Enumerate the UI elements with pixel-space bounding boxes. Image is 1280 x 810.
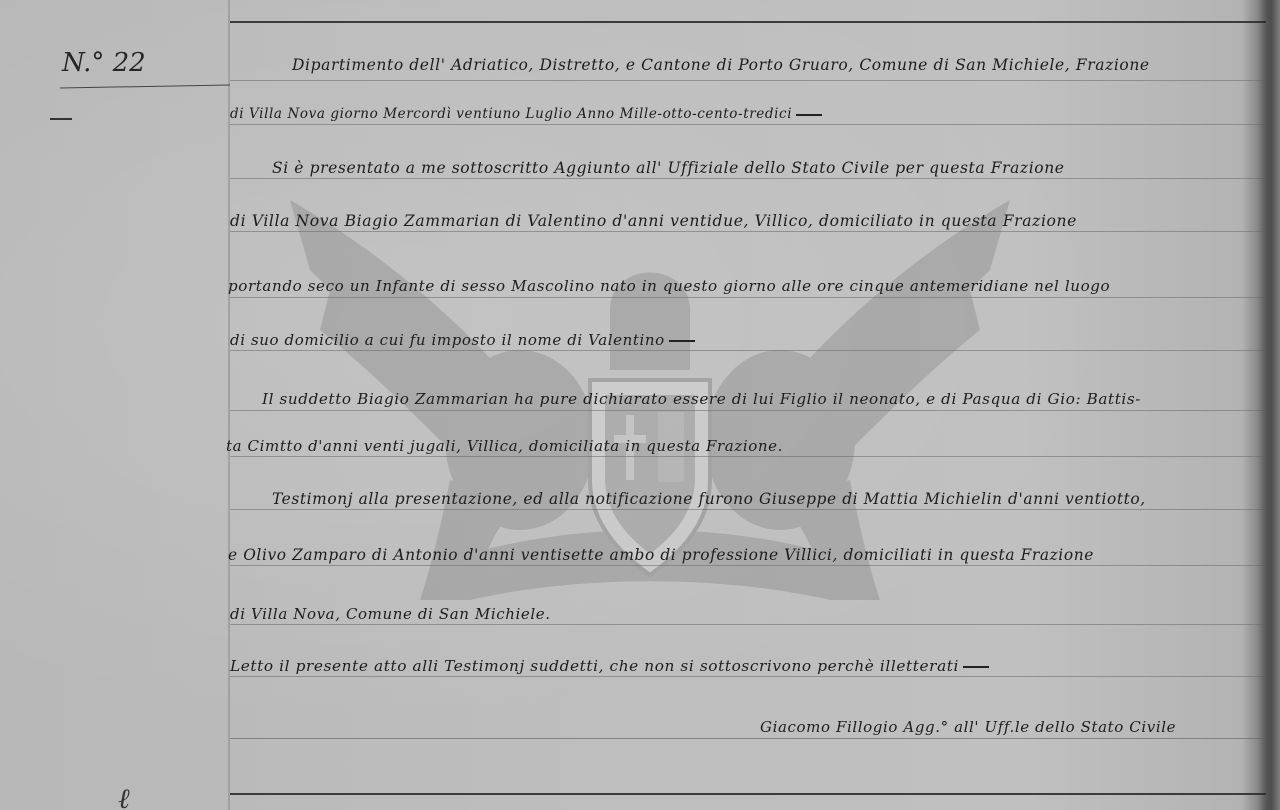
ruled-line [230, 297, 1266, 298]
record-line-8: ta Cimtto d'anni venti jugali, Villica, … [226, 437, 783, 455]
record-line-6: di suo domicilio a cui fu imposto il nom… [230, 331, 695, 349]
ruled-line [230, 456, 1266, 457]
record-line-1: Dipartimento dell' Adriatico, Distretto,… [292, 56, 1150, 74]
ruled-line [230, 350, 1266, 351]
entry-number-underline [60, 85, 230, 89]
record-line-3: Si è presentato a me sottoscritto Aggiun… [272, 159, 1065, 177]
record-line-11: di Villa Nova, Comune di San Michiele. [230, 605, 551, 623]
bottom-border-rule [230, 793, 1266, 795]
page-edge-shadow [1258, 0, 1280, 810]
next-entry-flourish-icon: ℓ [118, 782, 130, 810]
ruled-line [230, 738, 1266, 739]
margin-dash [50, 118, 72, 120]
ruled-line [230, 80, 1266, 81]
ruled-line [230, 231, 1266, 232]
ruled-line [230, 178, 1266, 179]
ruled-line [230, 624, 1266, 625]
line-end-dash [963, 666, 989, 668]
ruled-line [230, 565, 1266, 566]
ruled-line [230, 410, 1266, 411]
record-line-12: Letto il presente atto alli Testimonj su… [230, 657, 989, 675]
ruled-line [230, 509, 1266, 510]
record-line-10: e Olivo Zamparo di Antonio d'anni ventis… [228, 546, 1094, 564]
record-line-7: Il suddetto Biagio Zammarian ha pure dic… [262, 390, 1141, 408]
ruled-line [230, 676, 1266, 677]
line-end-dash [669, 340, 695, 342]
entry-number: N.° 22 [62, 48, 146, 78]
top-border-rule [230, 21, 1266, 23]
scanned-register-page: N.° 22 ℓ Dipartimento dell' Adriatico, D… [0, 0, 1280, 810]
ruled-line [230, 124, 1266, 125]
record-line-2: di Villa Nova giorno Mercordì ventiuno L… [230, 106, 822, 122]
officer-signature: Giacomo Fillogio Agg.° all' Uff.le dello… [760, 718, 1176, 736]
record-line-5: portando seco un Infante di sesso Mascol… [228, 277, 1110, 295]
line-end-dash [796, 114, 822, 116]
record-line-9: Testimonj alla presentazione, ed alla no… [272, 490, 1146, 508]
record-line-4: di Villa Nova Biagio Zammarian di Valent… [230, 212, 1077, 230]
